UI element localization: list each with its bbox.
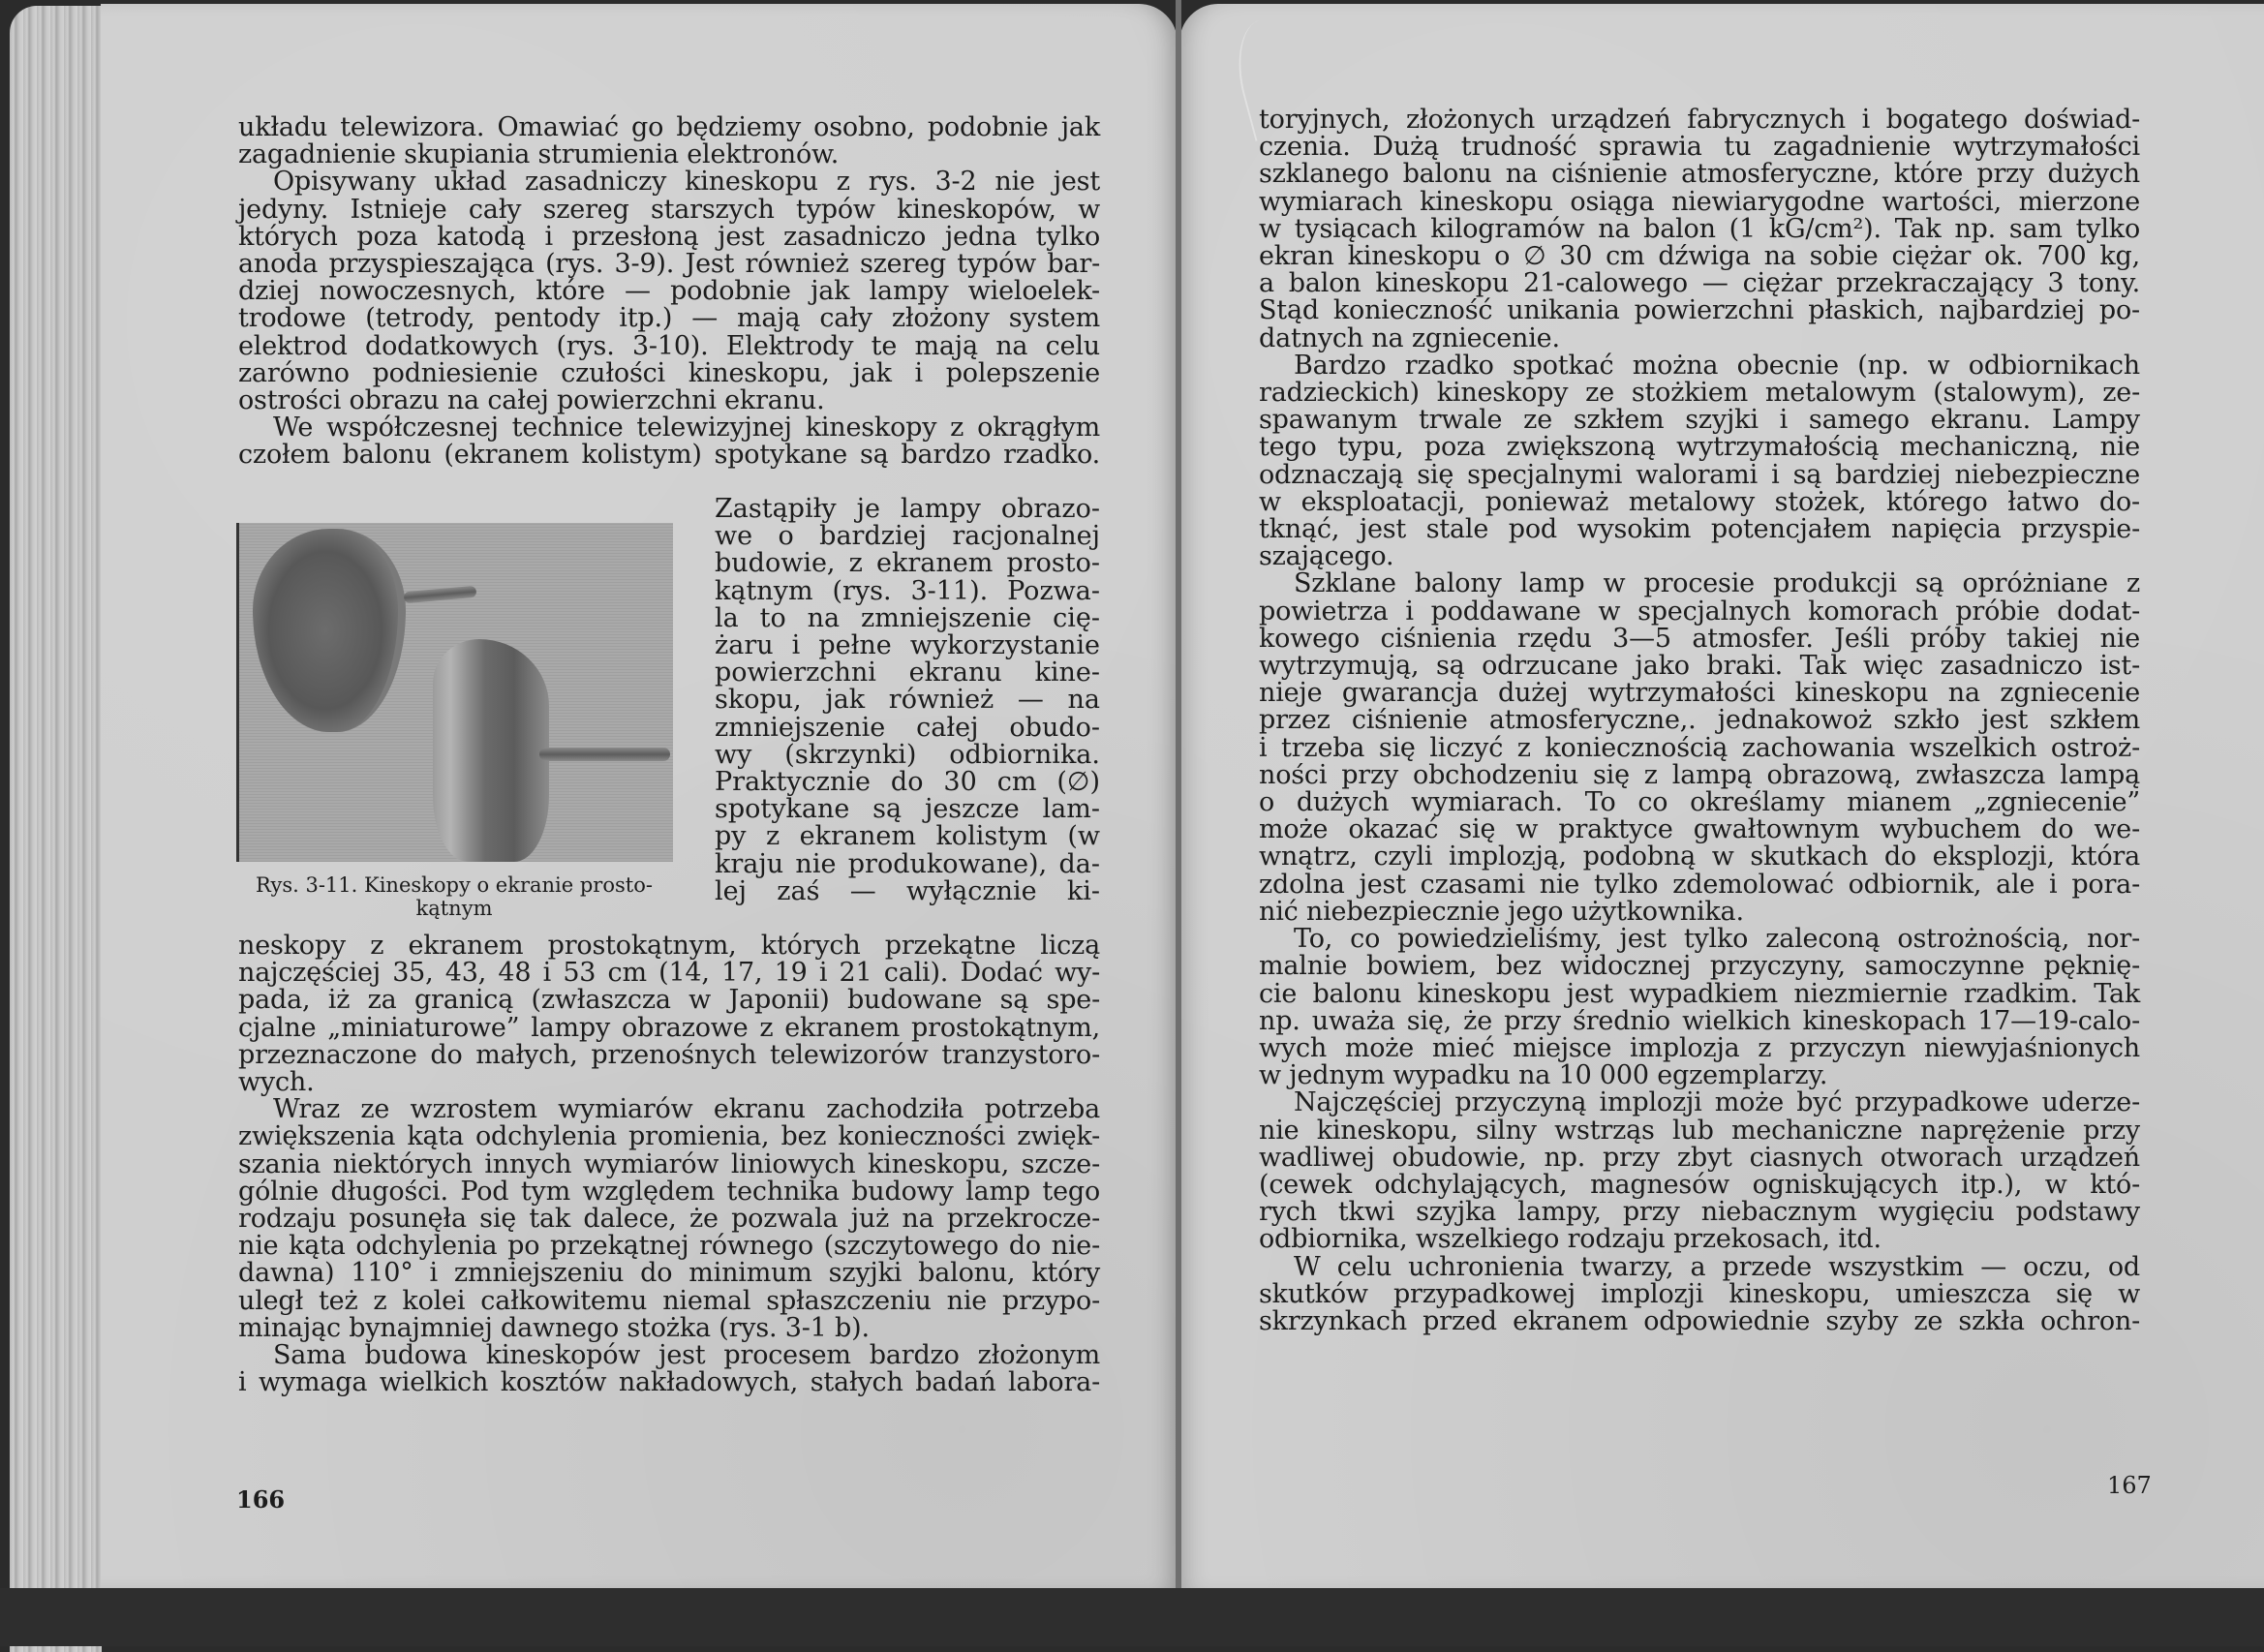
- text-line: zmniejszenie całej obudo-: [715, 715, 1100, 742]
- text-line: tego typu, poza zwiększoną wytrzymałości…: [1259, 434, 2140, 461]
- text-line: dziej nowoczesnych, które — podobnie jak…: [238, 278, 1100, 305]
- page-number-right: 167: [2107, 1472, 2152, 1499]
- text-line: Wraz ze wzrostem wymiarów ekranu zachodz…: [238, 1096, 1100, 1123]
- text-line: cie balonu kineskopu jest wypadkiem niez…: [1259, 981, 2140, 1008]
- text-line: zdolna jest czasami nie tylko zdemolować…: [1259, 872, 2140, 899]
- text-line: powietrza i poddawane w specjalnych komo…: [1259, 598, 2140, 626]
- text-line: w eksploatacji, ponieważ metalowy stożek…: [1259, 489, 2140, 516]
- text-line: żaru i pełne wykorzystanie: [715, 632, 1100, 659]
- text-line: trodowe (tetrody, pentody itp.) — mają c…: [238, 305, 1100, 332]
- text-line: toryjnych, złożonych urządzeń fabrycznyc…: [1259, 107, 2140, 134]
- page-edges-stack: [10, 6, 102, 1646]
- text-line: wych może mieć miejsce implozja z przycz…: [1259, 1035, 2140, 1062]
- text-line: rych tkwi szyjka lampy, przy niebacznym …: [1259, 1199, 2140, 1226]
- page-number-left: 166: [236, 1485, 285, 1514]
- text-line: w jednym wypadku na 10 000 egzemplarzy.: [1259, 1062, 2140, 1089]
- picture-tube-1-neck: [404, 586, 477, 603]
- text-line: Praktycznie do 30 cm (∅): [715, 769, 1100, 796]
- text-line: py z ekranem kolistym (w: [715, 823, 1100, 850]
- text-line: nić niebezpiecznie jego użytkownika.: [1259, 899, 2140, 926]
- text-line: wymiarach kineskopu osiąga niewiarygodne…: [1259, 189, 2140, 216]
- text-line: szającego.: [1259, 543, 2140, 570]
- caption-line: Rys. 3-11. Kineskopy o ekranie prosto-: [236, 873, 672, 897]
- text-line: najczęściej 35, 43, 48 i 53 cm (14, 17, …: [238, 960, 1100, 987]
- text-line: datnych na zgniecenie.: [1259, 325, 2140, 352]
- text-line: wadliwej obudowie, np. przy zbyt ciasnyc…: [1259, 1145, 2140, 1172]
- text-line: elektrod dodatkowych (rys. 3-10). Elektr…: [238, 333, 1100, 360]
- text-line: zarówno podniesienie czułości kineskopu,…: [238, 360, 1100, 387]
- text-line: cjalne „miniaturowe” lampy obrazowe z ek…: [238, 1015, 1100, 1042]
- text-line: gólnie długości. Pod tym względem techni…: [238, 1178, 1100, 1206]
- text-line: skopu, jak również — na: [715, 687, 1100, 714]
- text-line: jedyny. Istnieje cały szereg starszych t…: [238, 197, 1100, 224]
- text-line: Bardzo rzadko spotkać można obecnie (np.…: [1259, 352, 2140, 380]
- text-line: szklanego balonu na ciśnienie atmosferyc…: [1259, 161, 2140, 188]
- text-line: To, co powiedzieliśmy, jest tylko zaleco…: [1259, 926, 2140, 953]
- text-line: Zastąpiły je lampy obrazo-: [715, 496, 1100, 523]
- text-line: nie kąta odchylenia po przekątnej równeg…: [238, 1233, 1100, 1260]
- text-line: powierzchni ekranu kine-: [715, 659, 1100, 687]
- text-line: We współczesnej technice telewizyjnej ki…: [238, 414, 1100, 442]
- text-line: Szklane balony lamp w procesie produkcji…: [1259, 570, 2140, 597]
- text-line: Sama budowa kineskopów jest procesem bar…: [238, 1342, 1100, 1369]
- text-line: których poza katodą i przesłoną jest zas…: [238, 224, 1100, 251]
- text-line: Stąd konieczność unikania powierzchni pł…: [1259, 297, 2140, 324]
- text-line: wytrzymują, są odrzucane jako braki. Tak…: [1259, 653, 2140, 680]
- text-line: skutków przypadkowej implozji kineskopu,…: [1259, 1281, 2140, 1308]
- text-line: zagadnienie skupiania strumienia elektro…: [238, 141, 1100, 168]
- text-line: szania niektórych innych wymiarów liniow…: [238, 1151, 1100, 1178]
- text-line: pada, iż za granicą (zwłaszcza w Japonii…: [238, 987, 1100, 1014]
- picture-tube-1: [253, 529, 406, 732]
- text-line: nie kineskopu, silny wstrząs lub mechani…: [1259, 1117, 2140, 1145]
- text-line: kraju nie produkowane), da-: [715, 851, 1100, 878]
- book-spread: układu telewizora. Omawiać go będziemy o…: [0, 0, 2264, 1646]
- text-line: rodzaju posunęła się tak dalece, że pozw…: [238, 1206, 1100, 1233]
- text-line: ności przy obchodzeniu się z lampą obraz…: [1259, 762, 2140, 789]
- text-line: przeznaczone do małych, przenośnych tele…: [238, 1042, 1100, 1069]
- text-line: wy (skrzynki) odbiornika.: [715, 742, 1100, 769]
- right-page-text: toryjnych, złożonych urządzeń fabrycznyc…: [1259, 107, 2140, 1335]
- text-line: ostrości obrazu na całej powierzchni ekr…: [238, 387, 1100, 414]
- text-line: spawanym trwale ze szkłem szyjki i sameg…: [1259, 407, 2140, 434]
- text-line: budowie, z ekranem prosto-: [715, 550, 1100, 577]
- text-line: la to na zmniejszenie cię-: [715, 605, 1100, 632]
- text-line: czenia. Dużą trudność sprawia tu zagadni…: [1259, 134, 2140, 161]
- text-line: Najczęściej przyczyną implozji może być …: [1259, 1089, 2140, 1117]
- text-line: kątnym (rys. 3-11). Pozwa-: [715, 578, 1100, 605]
- left-page-text-top: układu telewizora. Omawiać go będziemy o…: [238, 114, 1100, 470]
- figure-caption: Rys. 3-11. Kineskopy o ekranie prosto- k…: [236, 873, 672, 920]
- text-line: anoda przyspieszająca (rys. 3-9). Jest r…: [238, 251, 1100, 278]
- text-line: skrzynkach przed ekranem odpowiednie szy…: [1259, 1308, 2140, 1335]
- text-line: neskopy z ekranem prostokątnym, których …: [238, 933, 1100, 960]
- caption-line: kątnym: [236, 897, 672, 920]
- text-line: a balon kineskopu 21-calowego — ciężar p…: [1259, 270, 2140, 297]
- text-line: odbiornika, wszelkiego rodzaju przekosac…: [1259, 1226, 2140, 1253]
- text-line: nieje gwarancja dużej wytrzymałości kine…: [1259, 680, 2140, 707]
- text-line: może okazać się w praktyce gwałtownym wy…: [1259, 816, 2140, 843]
- text-line: i wymaga wielkich kosztów nakładowych, s…: [238, 1369, 1100, 1396]
- picture-tube-2-neck: [539, 748, 670, 761]
- text-line: Opisywany układ zasadniczy kineskopu z r…: [238, 168, 1100, 196]
- text-line: we o bardziej racjonalnej: [715, 523, 1100, 550]
- text-line: tknąć, jest stale pod wysokim potencjałe…: [1259, 516, 2140, 543]
- text-line: kowego ciśnienia rzędu 3—5 atmosfer. Jeś…: [1259, 626, 2140, 653]
- text-line: przez ciśnienie atmosferyczne,. jednakow…: [1259, 707, 2140, 734]
- text-line: odznaczają się specjalnymi walorami i są…: [1259, 462, 2140, 489]
- text-line: wnątrz, czyli implozją, podobną w skutka…: [1259, 843, 2140, 871]
- text-line: spotykane są jeszcze lam-: [715, 796, 1100, 823]
- text-line: np. uważa się, że przy średnio wielkich …: [1259, 1008, 2140, 1035]
- text-line: (cewek odchylających, magnesów ogniskują…: [1259, 1172, 2140, 1199]
- text-line: ekran kineskopu o ∅ 30 cm dźwiga na sobi…: [1259, 243, 2140, 270]
- text-line: układu telewizora. Omawiać go będziemy o…: [238, 114, 1100, 141]
- text-line: czołem balonu (ekranem kolistym) spotyka…: [238, 442, 1100, 469]
- text-line: dawna) 110° i zmniejszeniu do minimum sz…: [238, 1260, 1100, 1287]
- text-line: minając bynajmniej dawnego stożka (rys. …: [238, 1315, 1100, 1342]
- text-line: zwiększenia kąta odchylenia promienia, b…: [238, 1123, 1100, 1150]
- picture-tube-2: [433, 639, 549, 862]
- text-line: radzieckich) kineskopy ze stożkiem metal…: [1259, 380, 2140, 407]
- text-line: w tysiącach kilogramów na balon (1 kG/cm…: [1259, 216, 2140, 243]
- text-line: o dużych wymiarach. To co określamy mian…: [1259, 789, 2140, 816]
- left-page-text-bottom: neskopy z ekranem prostokątnym, których …: [238, 933, 1100, 1396]
- kinescope-photo: [236, 523, 673, 862]
- text-line: W celu uchronienia twarzy, a przede wszy…: [1259, 1254, 2140, 1281]
- left-page-side-text: Zastąpiły je lampy obrazo- we o bardziej…: [715, 496, 1100, 905]
- book-gutter: [1176, 0, 1181, 1588]
- text-line: malnie bowiem, bez widocznej przyczyny, …: [1259, 953, 2140, 980]
- text-line: uległ też z kolei całkowitemu niemal spł…: [238, 1288, 1100, 1315]
- dark-background-strip: [0, 1588, 2264, 1646]
- text-line: wych.: [238, 1069, 1100, 1096]
- figure-3-11: Rys. 3-11. Kineskopy o ekranie prosto- k…: [236, 523, 674, 920]
- text-line: lej zaś — wyłącznie ki-: [715, 878, 1100, 905]
- text-line: i trzeba się liczyć z koniecznością zach…: [1259, 735, 2140, 762]
